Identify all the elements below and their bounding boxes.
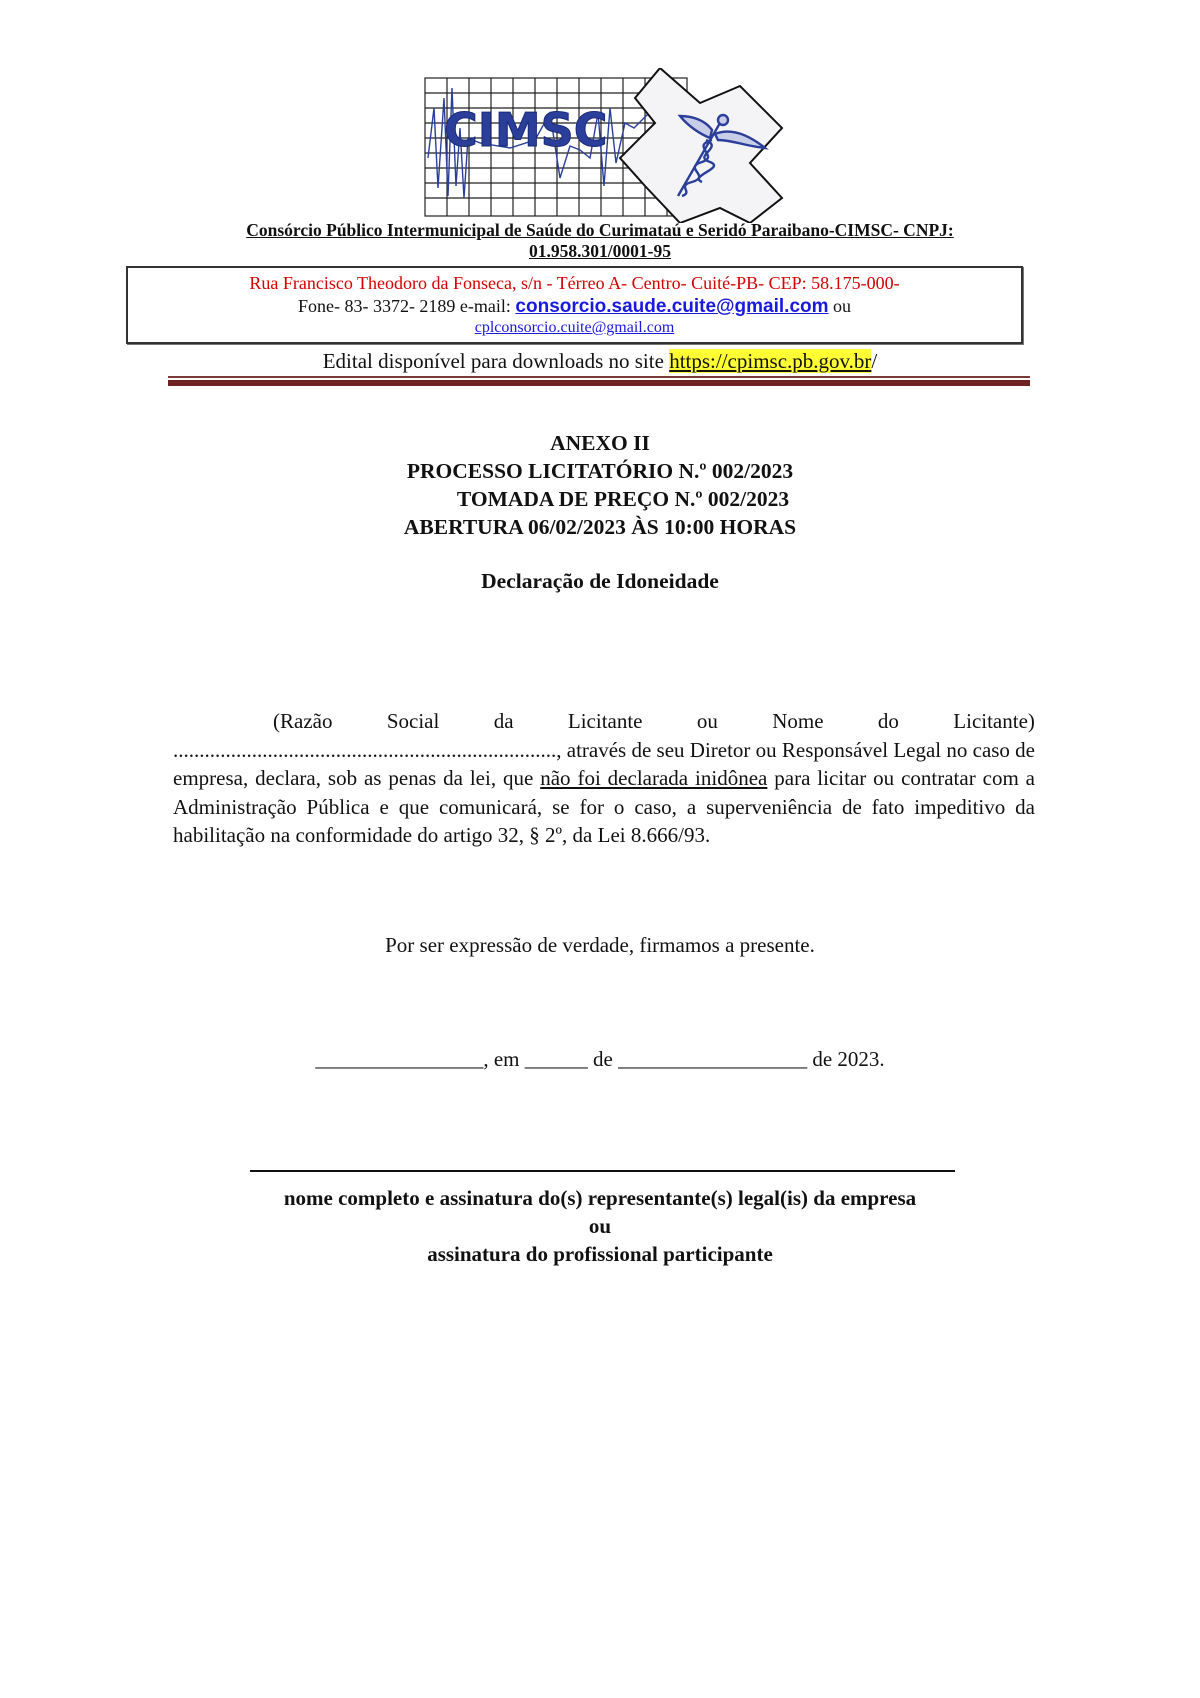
word: da bbox=[494, 707, 514, 736]
closing-statement: Por ser expressão de verdade, firmamos a… bbox=[160, 931, 1040, 959]
edital-text: Edital disponível para downloads no site bbox=[323, 349, 669, 373]
signature-line bbox=[250, 1170, 955, 1172]
phone-text: Fone- 83- 3372- 2189 e-mail: bbox=[298, 296, 515, 316]
phone-email-line: Fone- 83- 3372- 2189 e-mail: consorcio.s… bbox=[128, 294, 1021, 319]
edital-suffix: / bbox=[871, 349, 877, 373]
org-title-line1: Consórcio Público Intermunicipal de Saúd… bbox=[246, 220, 953, 240]
word: Licitante) bbox=[953, 707, 1035, 736]
signature-caption: nome completo e assinatura do(s) represe… bbox=[160, 1184, 1040, 1212]
paragraph-first-line: (Razão Social da Licitante ou Nome do Li… bbox=[173, 707, 1035, 736]
org-title: Consórcio Público Intermunicipal de Saúd… bbox=[160, 220, 1040, 262]
edital-site-link[interactable]: https://cpimsc.pb.gov.br bbox=[669, 349, 871, 373]
annex-heading: ANEXO II bbox=[160, 429, 1040, 457]
edital-line: Edital disponível para downloads no site… bbox=[160, 348, 1040, 374]
org-cnpj: 01.958.301/0001-95 bbox=[529, 241, 671, 261]
tomada-heading: TOMADA DE PREÇO N.º 002/2023 bbox=[160, 485, 1040, 513]
word: (Razão bbox=[273, 707, 332, 736]
cimsc-logo: CIMSC bbox=[420, 68, 790, 223]
email-secondary-link[interactable]: cplconsorcio.cuite@gmail.com bbox=[475, 319, 675, 336]
header-separator-thick bbox=[168, 380, 1030, 386]
signature-or: ou bbox=[160, 1212, 1040, 1240]
abertura-heading: ABERTURA 06/02/2023 ÀS 10:00 HORAS bbox=[160, 513, 1040, 541]
logo-text: CIMSC bbox=[444, 103, 608, 157]
document-title: Declaração de Idoneidade bbox=[160, 567, 1040, 595]
signature-caption-alt: assinatura do profissional participante bbox=[160, 1240, 1040, 1268]
word: Social bbox=[387, 707, 440, 736]
process-heading: PROCESSO LICITATÓRIO N.º 002/2023 bbox=[160, 457, 1040, 485]
date-place-line: ________________, em ______ de _________… bbox=[160, 1045, 1040, 1073]
word: ou bbox=[697, 707, 718, 736]
word: do bbox=[878, 707, 899, 736]
email-joiner: ou bbox=[829, 296, 852, 316]
word: Nome bbox=[772, 707, 823, 736]
declaration-paragraph: (Razão Social da Licitante ou Nome do Li… bbox=[173, 707, 1035, 850]
word: Licitante bbox=[568, 707, 643, 736]
underlined-clause: não foi declarada inidônea bbox=[540, 766, 767, 790]
email-primary-link[interactable]: consorcio.saude.cuite@gmail.com bbox=[515, 296, 828, 317]
contact-box: Rua Francisco Theodoro da Fonseca, s/n -… bbox=[126, 266, 1023, 344]
address: Rua Francisco Theodoro da Fonseca, s/n -… bbox=[128, 272, 1021, 294]
paragraph-body: ........................................… bbox=[173, 736, 1035, 850]
name-placeholder-dots: ........................................… bbox=[173, 738, 562, 762]
header-separator-thin bbox=[168, 376, 1030, 378]
